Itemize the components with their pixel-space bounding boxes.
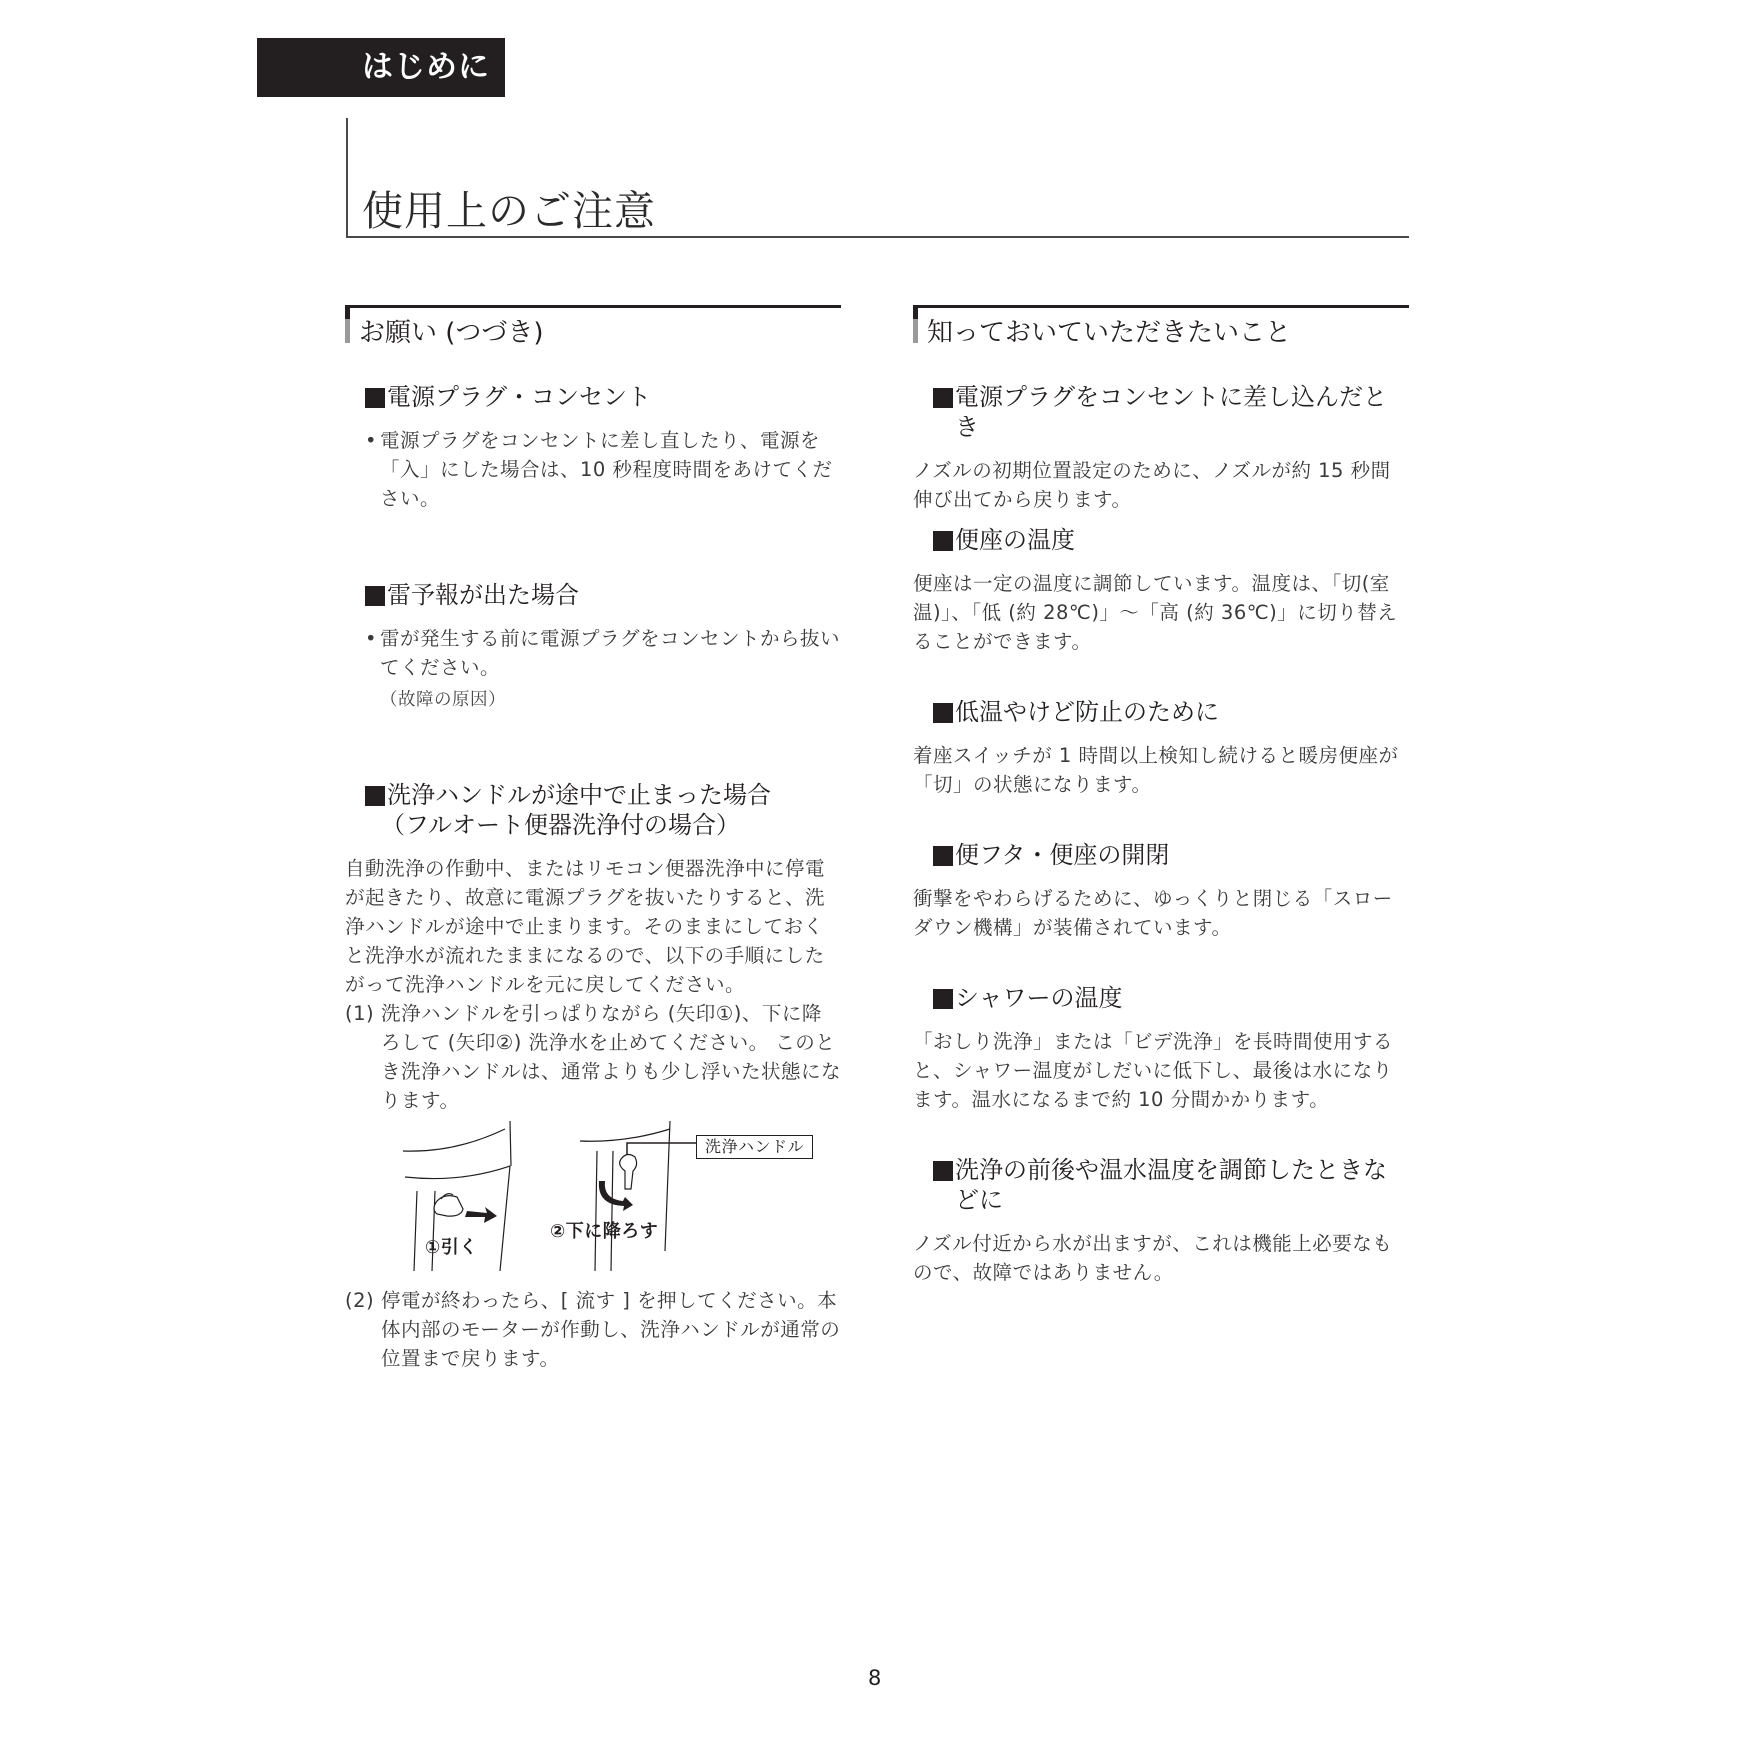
topic-shower-temperature: シャワーの温度 「おしり洗浄」または「ビデ洗浄」を長時間使用すると、シャワー温度… [933, 983, 1409, 1114]
note-text: （故障の原因） [380, 686, 841, 715]
topic-heading: 洗浄ハンドルが途中で止まった場合 （フルオート便器洗浄付の場合） [365, 780, 841, 840]
bullet-dot-icon: • [365, 624, 380, 682]
topic-body: ノズルの初期位置設定のために、ノズルが約 15 秒間伸び出てから戻ります。 [913, 456, 1409, 514]
bullet-dot-icon: • [365, 426, 380, 513]
title-rule-vertical [346, 118, 348, 238]
square-bullet-icon [365, 586, 385, 606]
section-title: お願い (つづき) [359, 312, 544, 349]
topic-flush-handle-stopped: 洗浄ハンドルが途中で止まった場合 （フルオート便器洗浄付の場合） 自動洗浄の作動… [365, 780, 841, 1373]
topic-heading: 電源プラグをコンセントに差し込んだとき [933, 382, 1409, 442]
square-bullet-icon [365, 786, 385, 806]
pull-label: ①引く [425, 1233, 478, 1262]
chapter-tab: はじめに [257, 38, 505, 97]
bullet-item: • 雷が発生する前に電源プラグをコンセントから抜いてください。 [365, 624, 841, 682]
page-title: 使用上のご注意 [362, 178, 656, 237]
square-bullet-icon [365, 388, 385, 408]
section-header-requests: お願い (つづき) [345, 305, 841, 347]
topic-heading: 便座の温度 [933, 525, 1409, 555]
topic-heading: 低温やけど防止のために [933, 697, 1409, 727]
topic-heading: 洗浄の前後や温水温度を調節したときなどに [933, 1155, 1409, 1215]
topic-body: 「おしり洗浄」または「ビデ洗浄」を長時間使用すると、シャワー温度がしだいに低下し… [913, 1027, 1409, 1114]
topic-body: 着座スイッチが 1 時間以上検知し続けると暖房便座が「切」の状態になります。 [913, 741, 1409, 799]
page-number: 8 [868, 1666, 881, 1690]
flush-handle-illustration: 洗浄ハンドル ①引く ②下に降ろす [365, 1121, 805, 1276]
step-item: (2) 停電が終わったら、[ 流す ] を押してください。本体内部のモーターが作… [345, 1286, 841, 1373]
topic-low-temp-burn: 低温やけど防止のために 着座スイッチが 1 時間以上検知し続けると暖房便座が「切… [933, 697, 1409, 799]
square-bullet-icon [933, 1161, 953, 1181]
topic-body: 自動洗浄の作動中、またはリモコン便器洗浄中に停電が起きたり、故意に電源プラグを抜… [345, 854, 841, 1373]
section-marker-accent [345, 319, 350, 343]
lower-label: ②下に降ろす [550, 1217, 658, 1246]
step-item: (1) 洗浄ハンドルを引っぱりながら (矢印①)、下に降ろして (矢印②) 洗浄… [345, 999, 841, 1115]
topic-plug-inserted: 電源プラグをコンセントに差し込んだとき ノズルの初期位置設定のために、ノズルが約… [933, 382, 1409, 514]
topic-power-plug: 電源プラグ・コンセント • 電源プラグをコンセントに差し直したり、電源を「入」に… [365, 382, 841, 513]
section-marker-accent [913, 319, 918, 343]
paragraph: 自動洗浄の作動中、またはリモコン便器洗浄中に停電が起きたり、故意に電源プラグを抜… [345, 854, 841, 999]
topic-heading: シャワーの温度 [933, 983, 1409, 1013]
topic-body: ノズル付近から水が出ますが、これは機能上必要なもので、故障ではありません。 [913, 1229, 1409, 1287]
topic-lightning-warning: 雷予報が出た場合 • 雷が発生する前に電源プラグをコンセントから抜いてください。… [365, 580, 841, 715]
topic-body: • 電源プラグをコンセントに差し直したり、電源を「入」にした場合は、10 秒程度… [365, 426, 841, 513]
square-bullet-icon [933, 846, 953, 866]
topic-lid-seat-open-close: 便フタ・便座の開閉 衝撃をやわらげるために、ゆっくりと閉じる「スローダウン機構」… [933, 840, 1409, 942]
topic-water-from-nozzle: 洗浄の前後や温水温度を調節したときなどに ノズル付近から水が出ますが、これは機能… [933, 1155, 1409, 1287]
bullet-item: • 電源プラグをコンセントに差し直したり、電源を「入」にした場合は、10 秒程度… [365, 426, 841, 513]
square-bullet-icon [933, 703, 953, 723]
topic-seat-temperature: 便座の温度 便座は一定の温度に調節しています。温度は、「切(室温)」、「低 (約… [933, 525, 1409, 656]
topic-body: 衝撃をやわらげるために、ゆっくりと閉じる「スローダウン機構」が装備されています。 [913, 884, 1409, 942]
topic-heading: 雷予報が出た場合 [365, 580, 841, 610]
square-bullet-icon [933, 388, 953, 408]
topic-body: 便座は一定の温度に調節しています。温度は、「切(室温)」、「低 (約 28℃)」… [913, 569, 1409, 656]
topic-body: • 雷が発生する前に電源プラグをコンセントから抜いてください。 （故障の原因） [365, 624, 841, 715]
topic-heading: 便フタ・便座の開閉 [933, 840, 1409, 870]
section-marker-icon [345, 305, 350, 319]
square-bullet-icon [933, 989, 953, 1009]
right-column: 知っておいていただきたいこと 電源プラグをコンセントに差し込んだとき ノズルの初… [913, 305, 1409, 347]
section-title: 知っておいていただきたいこと [927, 312, 1291, 349]
section-header-good-to-know: 知っておいていただきたいこと [913, 305, 1409, 347]
section-marker-icon [913, 305, 918, 319]
flush-handle-callout: 洗浄ハンドル [696, 1135, 813, 1159]
topic-heading: 電源プラグ・コンセント [365, 382, 841, 412]
left-column: お願い (つづき) 電源プラグ・コンセント • 電源プラグをコンセントに差し直し… [345, 305, 841, 347]
square-bullet-icon [933, 531, 953, 551]
